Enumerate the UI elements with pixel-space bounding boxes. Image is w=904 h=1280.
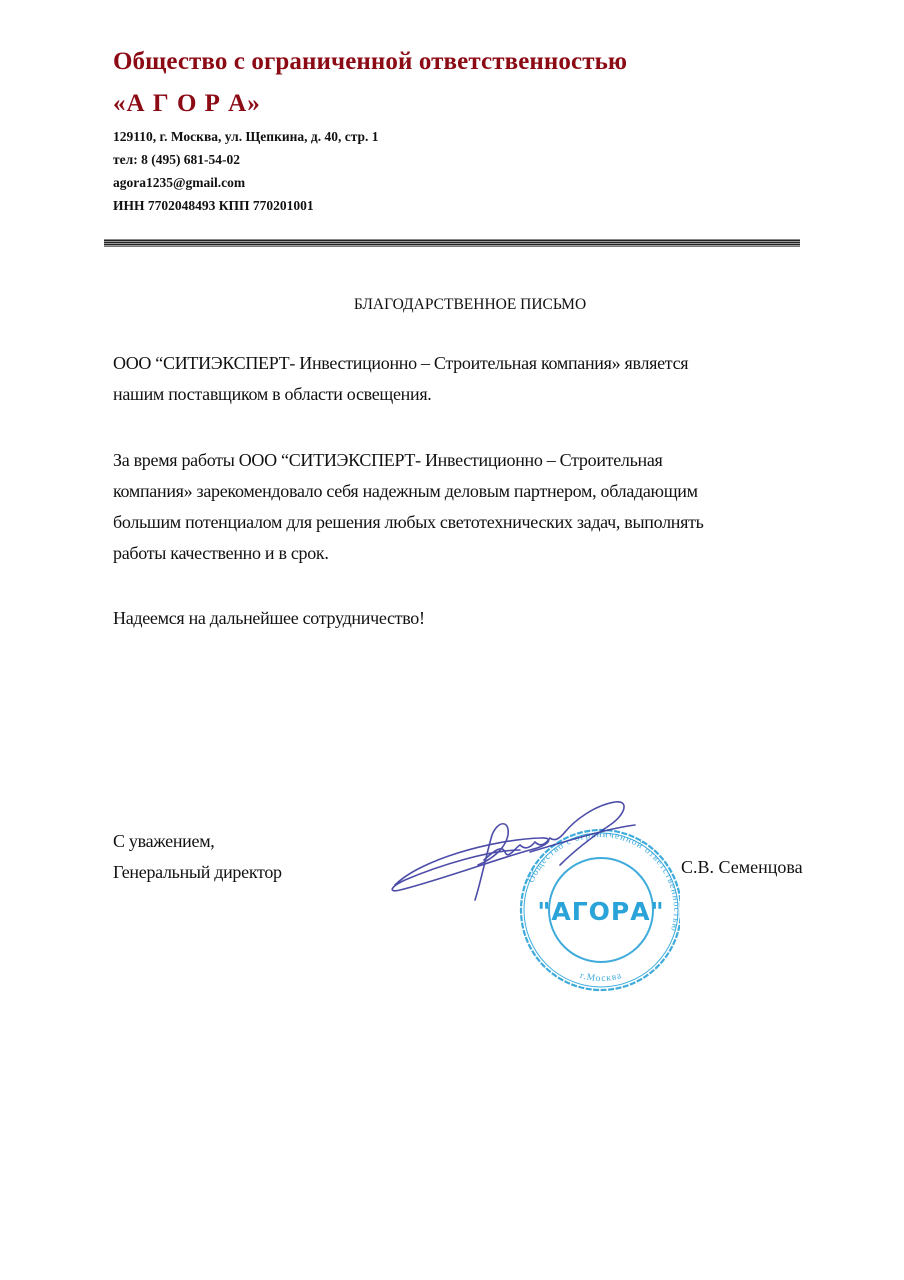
paragraph-recommendation: За время работы ООО “СИТИЭКСПЕРТ- Инвест… xyxy=(113,445,704,569)
org-address: 129110, г. Москва, ул. Щепкина, д. 40, с… xyxy=(113,129,379,145)
signature-icon xyxy=(392,802,635,900)
paragraph-line: ООО “СИТИЭКСПЕРТ- Инвестиционно – Строит… xyxy=(113,348,688,379)
org-title: Общество с ограниченной ответственностью xyxy=(113,48,627,76)
paragraph-supplier: ООО “СИТИЭКСПЕРТ- Инвестиционно – Строит… xyxy=(113,348,688,410)
stamp-center-text: "АГОРА" xyxy=(537,897,664,926)
org-tax-ids: ИНН 7702048493 КПП 770201001 xyxy=(113,198,314,214)
org-name: «А Г О Р А» xyxy=(113,90,261,118)
paragraph-line: компания» зарекомендовало себя надежным … xyxy=(113,476,704,507)
stamp-and-signature: Общество с ограниченной ответственностью… xyxy=(380,790,680,1000)
signature-block: С уважением, Генеральный директор xyxy=(113,826,282,888)
paragraph-line: За время работы ООО “СИТИЭКСПЕРТ- Инвест… xyxy=(113,445,704,476)
stamp-ring-bottom-text: г.Москва xyxy=(579,971,624,984)
org-email: agora1235@gmail.com xyxy=(113,175,245,191)
signer-position: Генеральный директор xyxy=(113,857,282,888)
letterhead-divider xyxy=(104,239,800,247)
stamp-ring-bottom: г.Москва xyxy=(579,971,624,984)
letter-page: Общество с ограниченной ответственностью… xyxy=(0,0,904,1280)
paragraph-line: нашим поставщиком в области освещения. xyxy=(113,379,688,410)
org-phone: тел: 8 (495) 681-54-02 xyxy=(113,152,240,168)
document-title: БЛАГОДАРСТВЕННОЕ ПИСЬМО xyxy=(0,296,904,314)
paragraph-line: большим потенциалом для решения любых св… xyxy=(113,507,704,538)
paragraph-line: работы качественно и в срок. xyxy=(113,538,704,569)
salutation: С уважением, xyxy=(113,826,282,857)
signer-name: С.В. Семенцова xyxy=(681,857,803,878)
closing-wish: Надеемся на дальнейшее сотрудничество! xyxy=(113,603,425,634)
